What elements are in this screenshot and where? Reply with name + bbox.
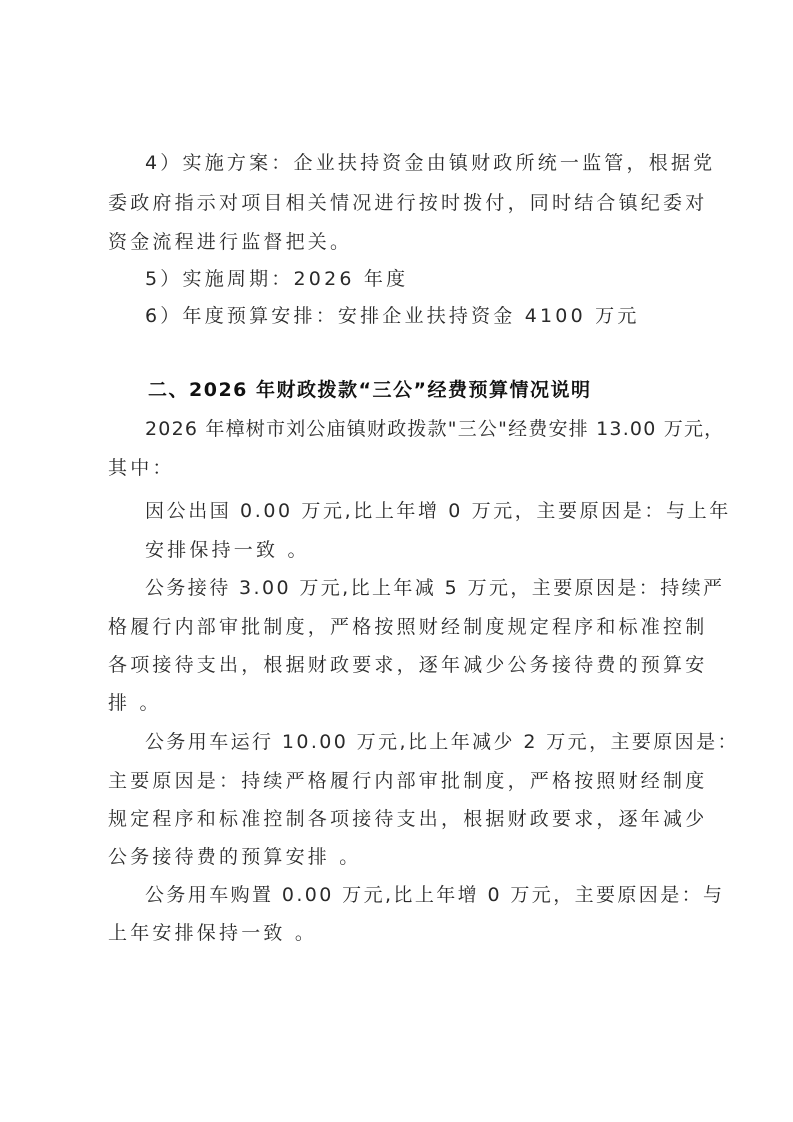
item-4-line-3: 资金流程进行监督把关。 bbox=[108, 229, 352, 255]
reception-line-3: 各项接待支出，根据财政要求，逐年减少公务接待费的预算安 bbox=[108, 652, 707, 678]
vehicle-operation-line-2: 主要原因是：持续严格履行内部审批制度，严格按照财经制度 bbox=[108, 768, 707, 794]
intro-line-2: 其中： bbox=[108, 455, 175, 481]
travel-abroad-line-2: 安排保持一致 。 bbox=[145, 537, 310, 563]
item-4-line-2: 委政府指示对项目相关情况进行按时拨付，同时结合镇纪委对 bbox=[108, 190, 707, 216]
vehicle-purchase-line-2: 上年安排保持一致 。 bbox=[108, 920, 317, 946]
item-4-line-1: 4）实施方案：企业扶持资金由镇财政所统一监管，根据党 bbox=[145, 150, 715, 176]
vehicle-operation-line-4: 公务接待费的预算安排 。 bbox=[108, 844, 361, 870]
item-6-line: 6）年度预算安排：安排企业扶持资金 4100 万元 bbox=[145, 303, 640, 329]
item-5-line: 5）实施周期：2026 年度 bbox=[145, 266, 408, 292]
vehicle-operation-line-1: 公务用车运行 10.00 万元,比上年减少 2 万元，主要原因是： bbox=[145, 729, 739, 755]
intro-line-1: 2026 年樟树市刘公庙镇财政拨款"三公"经费安排 13.00 万元， bbox=[145, 416, 724, 442]
reception-line-2: 格履行内部审批制度，严格按照财经制度规定程序和标准控制 bbox=[108, 614, 707, 640]
document-page: 4）实施方案：企业扶持资金由镇财政所统一监管，根据党 委政府指示对项目相关情况进… bbox=[0, 0, 793, 1122]
reception-line-4: 排 。 bbox=[108, 690, 162, 716]
vehicle-purchase-line-1: 公务用车购置 0.00 万元,比上年增 0 万元，主要原因是：与 bbox=[145, 882, 724, 908]
reception-line-1: 公务接待 3.00 万元,比上年减 5 万元，主要原因是：持续严 bbox=[145, 575, 724, 601]
travel-abroad-line-1: 因公出国 0.00 万元,比上年增 0 万元，主要原因是：与上年 bbox=[145, 498, 731, 524]
vehicle-operation-line-3: 规定程序和标准控制各项接待支出，根据财政要求，逐年减少 bbox=[108, 806, 707, 832]
section-heading: 二、2026 年财政拨款“三公”经费预算情况说明 bbox=[148, 377, 591, 403]
